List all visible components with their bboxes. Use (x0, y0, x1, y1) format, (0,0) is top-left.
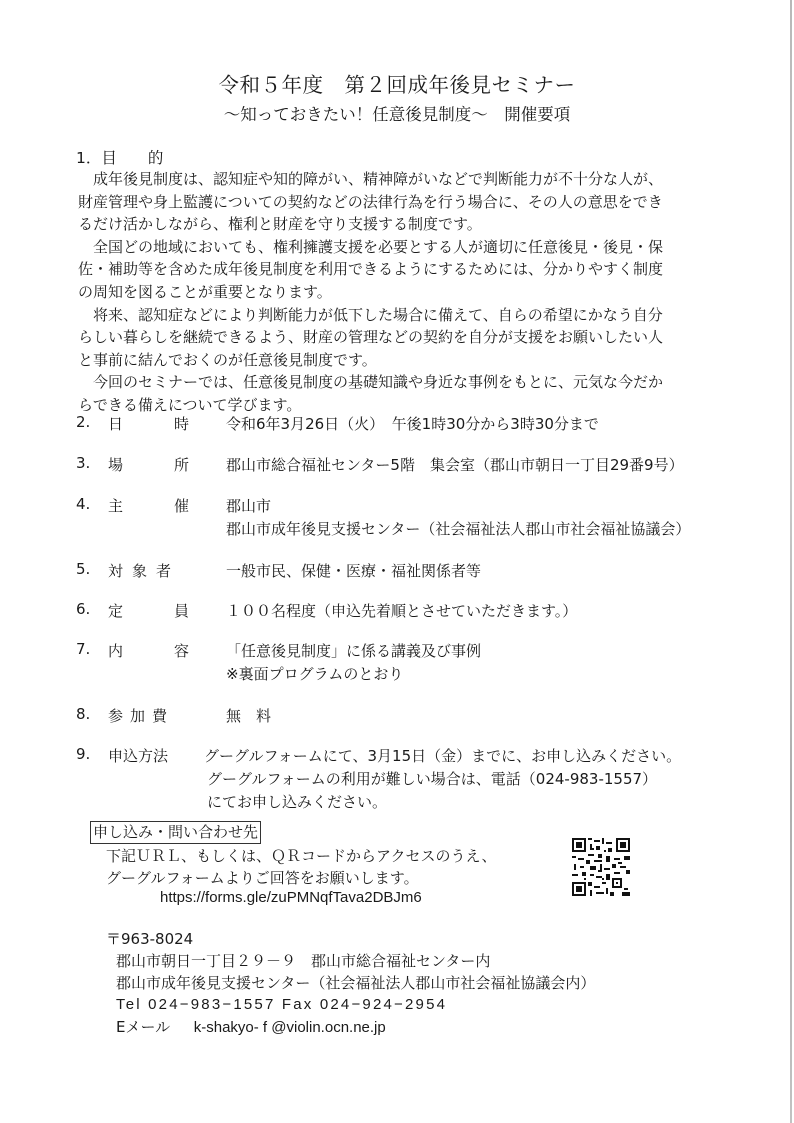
label-char: 時 (174, 413, 189, 434)
value-line: グーグルフォームの利用が難しい場合は、電話（024-983-1557） (204, 768, 681, 791)
value-line: １００名程度（申込先着順とさせていただきます。） (226, 600, 577, 623)
label-char: 内 (108, 640, 123, 661)
contact-box-label: 申し込み・問い合わせ先 (90, 821, 261, 844)
form-url-link[interactable]: https://forms.gle/zuPMNqfTava2DBJm6 (160, 889, 422, 906)
item-value: 一般市民、保健・医療・福祉関係者等 (226, 560, 481, 583)
organization-name: 郡山市成年後見支援センター（社会福祉法人郡山市社会福祉協議会内） (106, 972, 595, 994)
document-subtitle: ～知っておきたい！任意後見制度～ 開催要項 (0, 101, 794, 125)
value-line: グーグルフォームにて、3月15日（金）までに、お申し込みください。 (204, 745, 681, 768)
item-value: １００名程度（申込先着順とさせていただきます。） (226, 600, 577, 623)
postal-code: 〒963-8024 (106, 928, 595, 950)
label-char: 象 (132, 560, 147, 581)
value-line: 郡山市成年後見支援センター（社会福祉法人郡山市社会福祉協議会） (226, 518, 690, 541)
item-value: 郡山市総合福祉センター5階 集会室（郡山市朝日一丁目29番9号） (226, 454, 684, 477)
item-value: 令和6年3月26日（火） 午後1時30分から3時30分まで (226, 413, 599, 436)
value-line: 郡山市 (226, 495, 690, 518)
purpose-line: らしい暮らしを継続できるよう、財産の管理などの契約を自分が支援をお願いしたい人 (78, 326, 714, 349)
label-char: 者 (156, 560, 171, 581)
purpose-line: 佐・補助等を含めた成年後見制度を利用できるようにするためには、分かりやすく制度 (78, 258, 714, 281)
item-number: 2. (76, 413, 106, 431)
contact-line: グーグルフォームよりご回答をお願いします。 (106, 868, 496, 890)
street-address: 郡山市朝日一丁目２９－９ 郡山市総合福祉センター内 (106, 950, 595, 972)
item-value: 郡山市 郡山市成年後見支援センター（社会福祉法人郡山市社会福祉協議会） (226, 495, 690, 541)
email-row: Eメール k-shakyo- f @violin.ocn.ne.jp (106, 1016, 595, 1038)
item-number: 5. (76, 560, 106, 578)
contact-line: 下記ＵＲＬ、もしくは、ＱＲコードからアクセスのうえ、 (106, 846, 496, 868)
scan-edge-line (790, 0, 792, 1123)
item-number: 9. (76, 745, 106, 763)
purpose-line: 財産管理や身上監護についての契約などの法律行為を行う場合に、その人の意思をでき (78, 191, 714, 214)
email-address[interactable]: k-shakyo- f @violin.ocn.ne.jp (194, 1019, 386, 1036)
label-char: 定 (108, 600, 123, 621)
value-line: 令和6年3月26日（火） 午後1時30分から3時30分まで (226, 413, 599, 436)
label-char: 所 (174, 454, 189, 475)
label-char: 日 (108, 413, 123, 434)
label-char: 費 (152, 705, 167, 726)
value-line: 「任意後見制度」に係る講義及び事例 (226, 640, 481, 663)
label-char: 申込方法 (108, 745, 168, 766)
qr-code-icon[interactable] (572, 838, 630, 896)
purpose-line: るだけ活かしながら、権利と財産を守り支援する制度です。 (78, 213, 714, 236)
item-value: グーグルフォームにて、3月15日（金）までに、お申し込みください。 グーグルフォ… (204, 745, 681, 814)
label-char: 場 (108, 454, 123, 475)
value-line: 郡山市総合福祉センター5階 集会室（郡山市朝日一丁目29番9号） (226, 454, 684, 477)
section-purpose-heading: 1．目 的 (76, 146, 163, 168)
item-number: 4. (76, 495, 106, 513)
label-char: 員 (174, 600, 189, 621)
value-line: ※裏面プログラムのとおり (226, 663, 481, 686)
purpose-line: 今回のセミナーでは、任意後見制度の基礎知識や身近な事例をもとに、元気な今だか (78, 371, 714, 394)
label-char: 催 (174, 495, 189, 516)
purpose-line: 将来、認知症などにより判断能力が低下した場合に備えて、自らの希望にかなう自分 (78, 304, 714, 327)
contact-instructions: 下記ＵＲＬ、もしくは、ＱＲコードからアクセスのうえ、 グーグルフォームよりご回答… (106, 846, 496, 889)
label-char: 参 (108, 705, 123, 726)
section-purpose-body: 成年後見制度は、認知症や知的障がい、精神障がいなどで判断能力が不十分な人が、 財… (78, 168, 714, 417)
purpose-line: の周知を図ることが重要となります。 (78, 281, 714, 304)
item-number: 7. (76, 640, 106, 658)
contact-address: 〒963-8024 郡山市朝日一丁目２９－９ 郡山市総合福祉センター内 郡山市成… (106, 928, 595, 1038)
purpose-line: 成年後見制度は、認知症や知的障がい、精神障がいなどで判断能力が不十分な人が、 (78, 168, 714, 191)
value-line: にてお申し込みください。 (204, 791, 681, 814)
label-char: 対 (108, 560, 123, 581)
value-line: 一般市民、保健・医療・福祉関係者等 (226, 560, 481, 583)
purpose-line: 全国どの地域においても、権利擁護支援を必要とする人が適切に任意後見・後見・保 (78, 236, 714, 259)
item-value: 「任意後見制度」に係る講義及び事例 ※裏面プログラムのとおり (226, 640, 481, 686)
email-label: Eメール (116, 1018, 170, 1036)
label-char: 主 (108, 495, 123, 516)
label-char: 加 (130, 705, 145, 726)
item-number: 8. (76, 705, 106, 723)
item-number: 6. (76, 600, 106, 618)
tel-fax: Tel 024−983−1557 Fax 024−924−2954 (106, 994, 595, 1016)
label-char: 容 (174, 640, 189, 661)
item-value: 無 料 (226, 705, 271, 728)
purpose-line: と事前に結んでおくのが任意後見制度です。 (78, 349, 714, 372)
value-line: 無 料 (226, 705, 271, 728)
item-number: 3. (76, 454, 106, 472)
document-title: 令和５年度 第２回成年後見セミナー (0, 68, 794, 98)
